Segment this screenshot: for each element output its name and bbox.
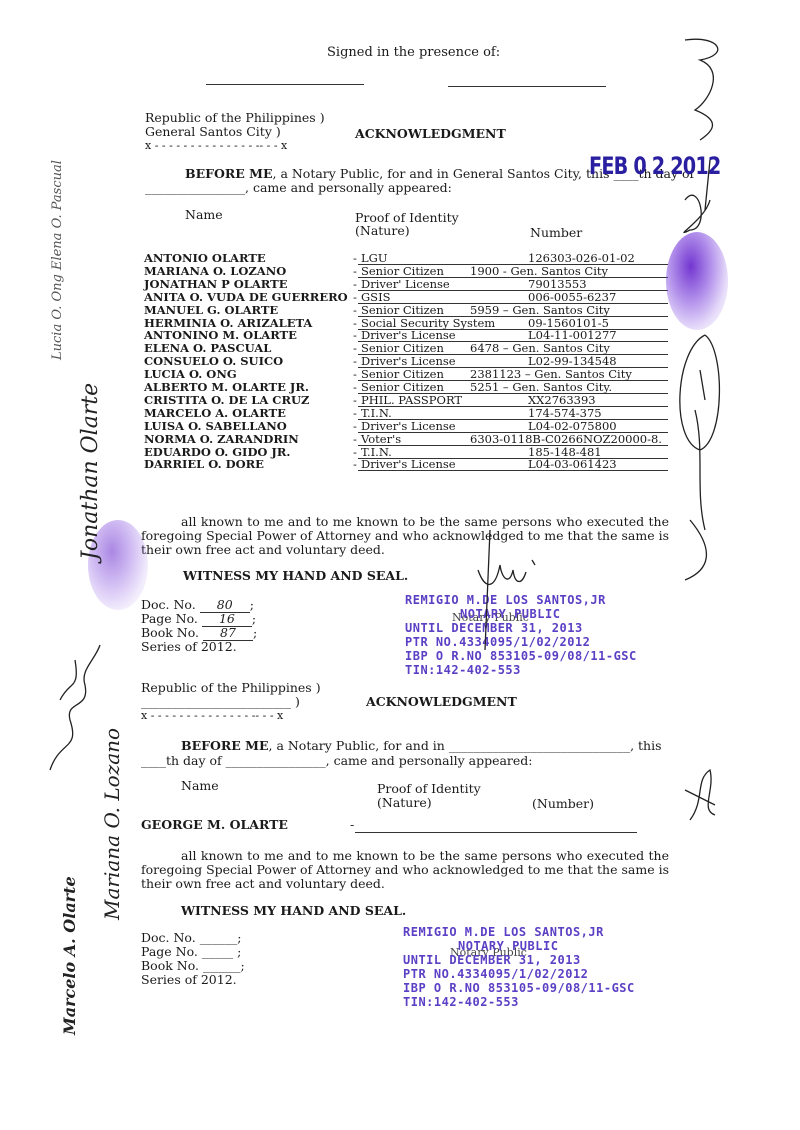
venue-line-3: x - - - - - - - - - - - - - - -- - - x [141, 708, 283, 723]
margin-signature-left-top: Lucia O. Ong Elena O. Pascual [50, 160, 65, 360]
doc-no: Doc. No. ______; [141, 930, 241, 945]
signed-presence-label: Signed in the presence of: [327, 45, 500, 60]
dash: - [353, 420, 357, 433]
dash: - [353, 394, 357, 407]
page-no-label: Page No. [141, 944, 198, 959]
person-name: LUISA O. SABELLANO [144, 420, 287, 433]
book-no-value: ______; [203, 958, 245, 973]
margin-signature-right-top-icon [680, 30, 730, 230]
margin-signature-left-low-text: Marcelo A. Olarte [60, 876, 79, 1035]
notary-stamp: REMIGIO M.DE LOS SANTOS,JR NOTARY PUBLIC… [403, 925, 635, 1009]
witness-label: WITNESS MY HAND AND SEAL. [181, 903, 406, 918]
witness-signature-line-1 [206, 84, 364, 85]
doc-no-label: Doc. No. [141, 597, 196, 612]
header-number: Number [530, 225, 582, 240]
dash: - [353, 304, 357, 317]
header-nature: (Nature) [377, 795, 432, 810]
header-name: Name [181, 778, 219, 793]
row-underline [358, 406, 668, 407]
proof-blank-line [355, 832, 637, 833]
before-me-bold: BEFORE ME [181, 738, 269, 753]
page-no-label: Page No. [141, 611, 198, 626]
series: Series of 2012. [141, 639, 237, 654]
row-underline [358, 445, 668, 446]
margin-signature-scribble-left-icon [40, 640, 110, 780]
venue-line-1: Republic of the Philippines ) [141, 680, 321, 695]
person-name: GEORGE M. OLARTE [141, 817, 288, 832]
dash: - [353, 407, 357, 420]
ack-title: ACKNOWLEDGMENT [355, 126, 506, 141]
header-number: (Number) [532, 796, 594, 811]
dash: - [353, 265, 357, 278]
before-me-line-2: ________________, came and personally ap… [145, 180, 452, 195]
header-nature: (Nature) [355, 223, 410, 238]
dash: - [350, 817, 354, 832]
doc-no-label: Doc. No. [141, 930, 196, 945]
stamp-line-tin: TIN:142-402-553 [405, 663, 637, 677]
row-underline [358, 290, 668, 291]
dash: - [353, 458, 357, 471]
stamp-line-until: UNTIL DECEMBER 31, 2013 [403, 953, 635, 967]
margin-signature-left-mid: Jonathan Olarte [78, 383, 103, 560]
series: Series of 2012. [141, 972, 237, 987]
page-no: Page No. _____ ; [141, 944, 241, 959]
venue-line-2: ________________________ ) [141, 694, 300, 709]
page-no-value: _____ ; [202, 944, 241, 959]
stamp-line-name: REMIGIO M.DE LOS SANTOS,JR [403, 925, 635, 939]
margin-signature-right-mid-icon [675, 330, 735, 590]
known-paragraph: all known to me and to me known to be th… [141, 849, 669, 891]
venue-line-1: Republic of the Philippines ) [145, 110, 325, 125]
person-name: MARCELO A. OLARTE [144, 407, 286, 420]
before-me-bold: BEFORE ME [185, 166, 273, 181]
person-name: MANUEL G. OLARTE [144, 304, 278, 317]
before-me-line-2: ____th day of ________________, came and… [141, 753, 533, 768]
known-paragraph: all known to me and to me known to be th… [141, 515, 669, 557]
person-name: JONATHAN P OLARTE [144, 278, 287, 291]
book-no: Book No. ______; [141, 958, 245, 973]
witness-label: WITNESS MY HAND AND SEAL. [183, 568, 408, 583]
stamp-line-title: NOTARY PUBLIC [403, 939, 635, 953]
dash: - [353, 433, 357, 446]
stamp-line-ibp: IBP O R.NO 853105-09/08/11-GSC [405, 649, 637, 663]
header-name: Name [185, 207, 223, 222]
venue-line-3: x - - - - - - - - - - - - - - -- - - x [145, 138, 287, 153]
notary-signature-icon [450, 530, 550, 650]
stamp-line-ibp: IBP O R.NO 853105-09/08/11-GSC [403, 981, 635, 995]
dash: - [353, 291, 357, 304]
stamp-line-ptr: PTR NO.4334095/1/02/2012 [403, 967, 635, 981]
witness-signature-line-2 [448, 86, 606, 87]
book-no-label: Book No. [141, 958, 199, 973]
row-underline [358, 470, 668, 471]
header-proof: Proof of Identity [377, 781, 481, 796]
margin-signature-left-low: Marcelo A. Olarte [60, 876, 79, 1035]
doc-no-value: ______; [200, 930, 242, 945]
venue-line-2: General Santos City ) [145, 124, 281, 139]
person-name: MARIANA O. LOZANO [144, 265, 286, 278]
book-no-label: Book No. [141, 625, 199, 640]
thumbprint-right [666, 232, 728, 330]
person-name: NORMA O. ZARANDRIN [144, 433, 299, 446]
before-me-paragraph: BEFORE ME, a Notary Public, for and in _… [181, 738, 662, 753]
person-name: CRISTITA O. DE LA CRUZ [144, 394, 309, 407]
person-name: DARRIEL O. DORE [144, 458, 264, 471]
ack-title: ACKNOWLEDGMENT [366, 694, 517, 709]
before-me-text: , a Notary Public, for and in __________… [269, 738, 662, 753]
dash: - [353, 278, 357, 291]
margin-signature-right-bottom-icon [680, 760, 720, 830]
stamp-line-tin: TIN:142-402-553 [403, 995, 635, 1009]
person-name: ANITA O. VUDA DE GUERRERO [144, 291, 348, 304]
